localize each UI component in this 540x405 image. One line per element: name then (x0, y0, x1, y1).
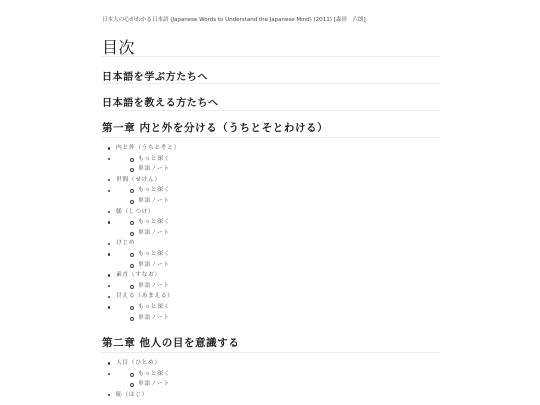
sublist-wrap: もっと深く 単語ノート (102, 302, 180, 323)
sublist-wrap: もっと深く 単語ノート (102, 154, 180, 175)
sublist-item: 単語ノート (102, 379, 170, 390)
divider (102, 83, 440, 84)
vocab-note-link[interactable]: 単語ノート (138, 381, 170, 387)
deeper-link[interactable]: もっと深く (138, 251, 170, 257)
topic-link[interactable]: 人目（ひとめ） (116, 360, 161, 366)
sublist: もっと深く 単語ノート (102, 302, 180, 323)
deeper-link[interactable]: もっと深く (138, 156, 170, 162)
author-link[interactable]: 森田 六朗 (336, 17, 364, 23)
sublist-item: もっと深く (102, 249, 180, 260)
topic-link[interactable]: 甘える（あまえる） (116, 293, 174, 299)
sublist-item: もっと深く (102, 302, 180, 313)
book-title-link[interactable]: 日本人の心がわかる日本語 (Japanese Words to Understa… (102, 17, 332, 23)
chapter-2-heading: 第二章 他人の目を意識する (102, 335, 239, 350)
sublist-item: 単語ノート (102, 228, 180, 239)
sublist: もっと深く 単語ノート (102, 369, 170, 390)
deeper-link[interactable]: もっと深く (138, 219, 170, 225)
list-item: 恥（はじ） (102, 390, 170, 401)
chapter-2-list: 人目（ひとめ） もっと深く 単語ノート 恥（はじ） (102, 358, 170, 400)
deeper-link[interactable]: もっと深く (138, 371, 170, 377)
breadcrumb: 日本人の心がわかる日本語 (Japanese Words to Understa… (102, 15, 366, 23)
list-item: 世間（せけん） (102, 175, 180, 186)
sublist-wrap: もっと深く 単語ノート (102, 369, 170, 390)
section-link-teachers[interactable]: 日本語を教える方たちへ (102, 98, 219, 109)
author-bracket-close: ] (363, 17, 365, 23)
list-item: 躾（しつけ） (102, 207, 180, 218)
divider (102, 56, 440, 57)
list-item: 甘える（あまえる） (102, 291, 180, 302)
sublist: 単語ノート (102, 281, 180, 292)
chapter-1-link[interactable]: 第一章 内と外を分ける（うちとそとわける） (102, 122, 328, 134)
sublist-item: もっと深く (102, 154, 180, 165)
divider (102, 110, 440, 111)
section-heading-learners: 日本語を学ぶ方たちへ (102, 68, 208, 83)
sublist: もっと深く 単語ノート (102, 249, 180, 270)
divider (102, 352, 440, 353)
topic-link[interactable]: 恥（はじ） (116, 392, 148, 398)
chapter-2-link[interactable]: 第二章 他人の目を意識する (102, 337, 239, 349)
sublist: もっと深く 単語ノート (102, 154, 180, 175)
vocab-note-link[interactable]: 単語ノート (138, 262, 170, 268)
section-link-learners[interactable]: 日本語を学ぶ方たちへ (102, 72, 208, 83)
deeper-link[interactable]: もっと深く (138, 187, 170, 193)
sublist-wrap: もっと深く 単語ノート (102, 217, 180, 238)
page-title: 目次 (102, 35, 135, 58)
list-item: けじめ (102, 238, 180, 249)
sublist-wrap: 単語ノート (102, 281, 180, 292)
sublist: もっと深く 単語ノート (102, 185, 180, 206)
sublist-item: 単語ノート (102, 313, 180, 324)
sublist-item: 単語ノート (102, 260, 180, 271)
sublist-item: 単語ノート (102, 196, 180, 207)
section-heading-teachers: 日本語を教える方たちへ (102, 94, 219, 109)
sublist-item: もっと深く (102, 185, 180, 196)
sublist-item: 単語ノート (102, 281, 180, 292)
chapter-1-heading: 第一章 内と外を分ける（うちとそとわける） (102, 120, 328, 135)
vocab-note-link[interactable]: 単語ノート (138, 166, 170, 172)
vocab-note-link[interactable]: 単語ノート (138, 315, 170, 321)
vocab-note-link[interactable]: 単語ノート (138, 230, 170, 236)
topic-link[interactable]: 躾（しつけ） (116, 209, 154, 215)
sublist-item: もっと深く (102, 217, 180, 228)
sublist-item: 単語ノート (102, 164, 180, 175)
list-item: 素直（すなお） (102, 270, 180, 281)
vocab-note-link[interactable]: 単語ノート (138, 198, 170, 204)
vocab-note-link[interactable]: 単語ノート (138, 283, 170, 289)
topic-link[interactable]: 内と外（うちとそと） (116, 145, 180, 151)
sublist: もっと深く 単語ノート (102, 217, 180, 238)
list-item: 内と外（うちとそと） (102, 143, 180, 154)
divider (102, 137, 440, 138)
topic-link[interactable]: けじめ (116, 240, 135, 246)
list-item: 人目（ひとめ） (102, 358, 170, 369)
sublist-item: もっと深く (102, 369, 170, 380)
deeper-link[interactable]: もっと深く (138, 304, 170, 310)
chapter-1-list: 内と外（うちとそと） もっと深く 単語ノート 世間（せけん） もっと深く 単語ノ… (102, 143, 180, 323)
sublist-wrap: もっと深く 単語ノート (102, 185, 180, 206)
topic-link[interactable]: 素直（すなお） (116, 272, 161, 278)
sublist-wrap: もっと深く 単語ノート (102, 249, 180, 270)
topic-link[interactable]: 世間（せけん） (116, 177, 161, 183)
